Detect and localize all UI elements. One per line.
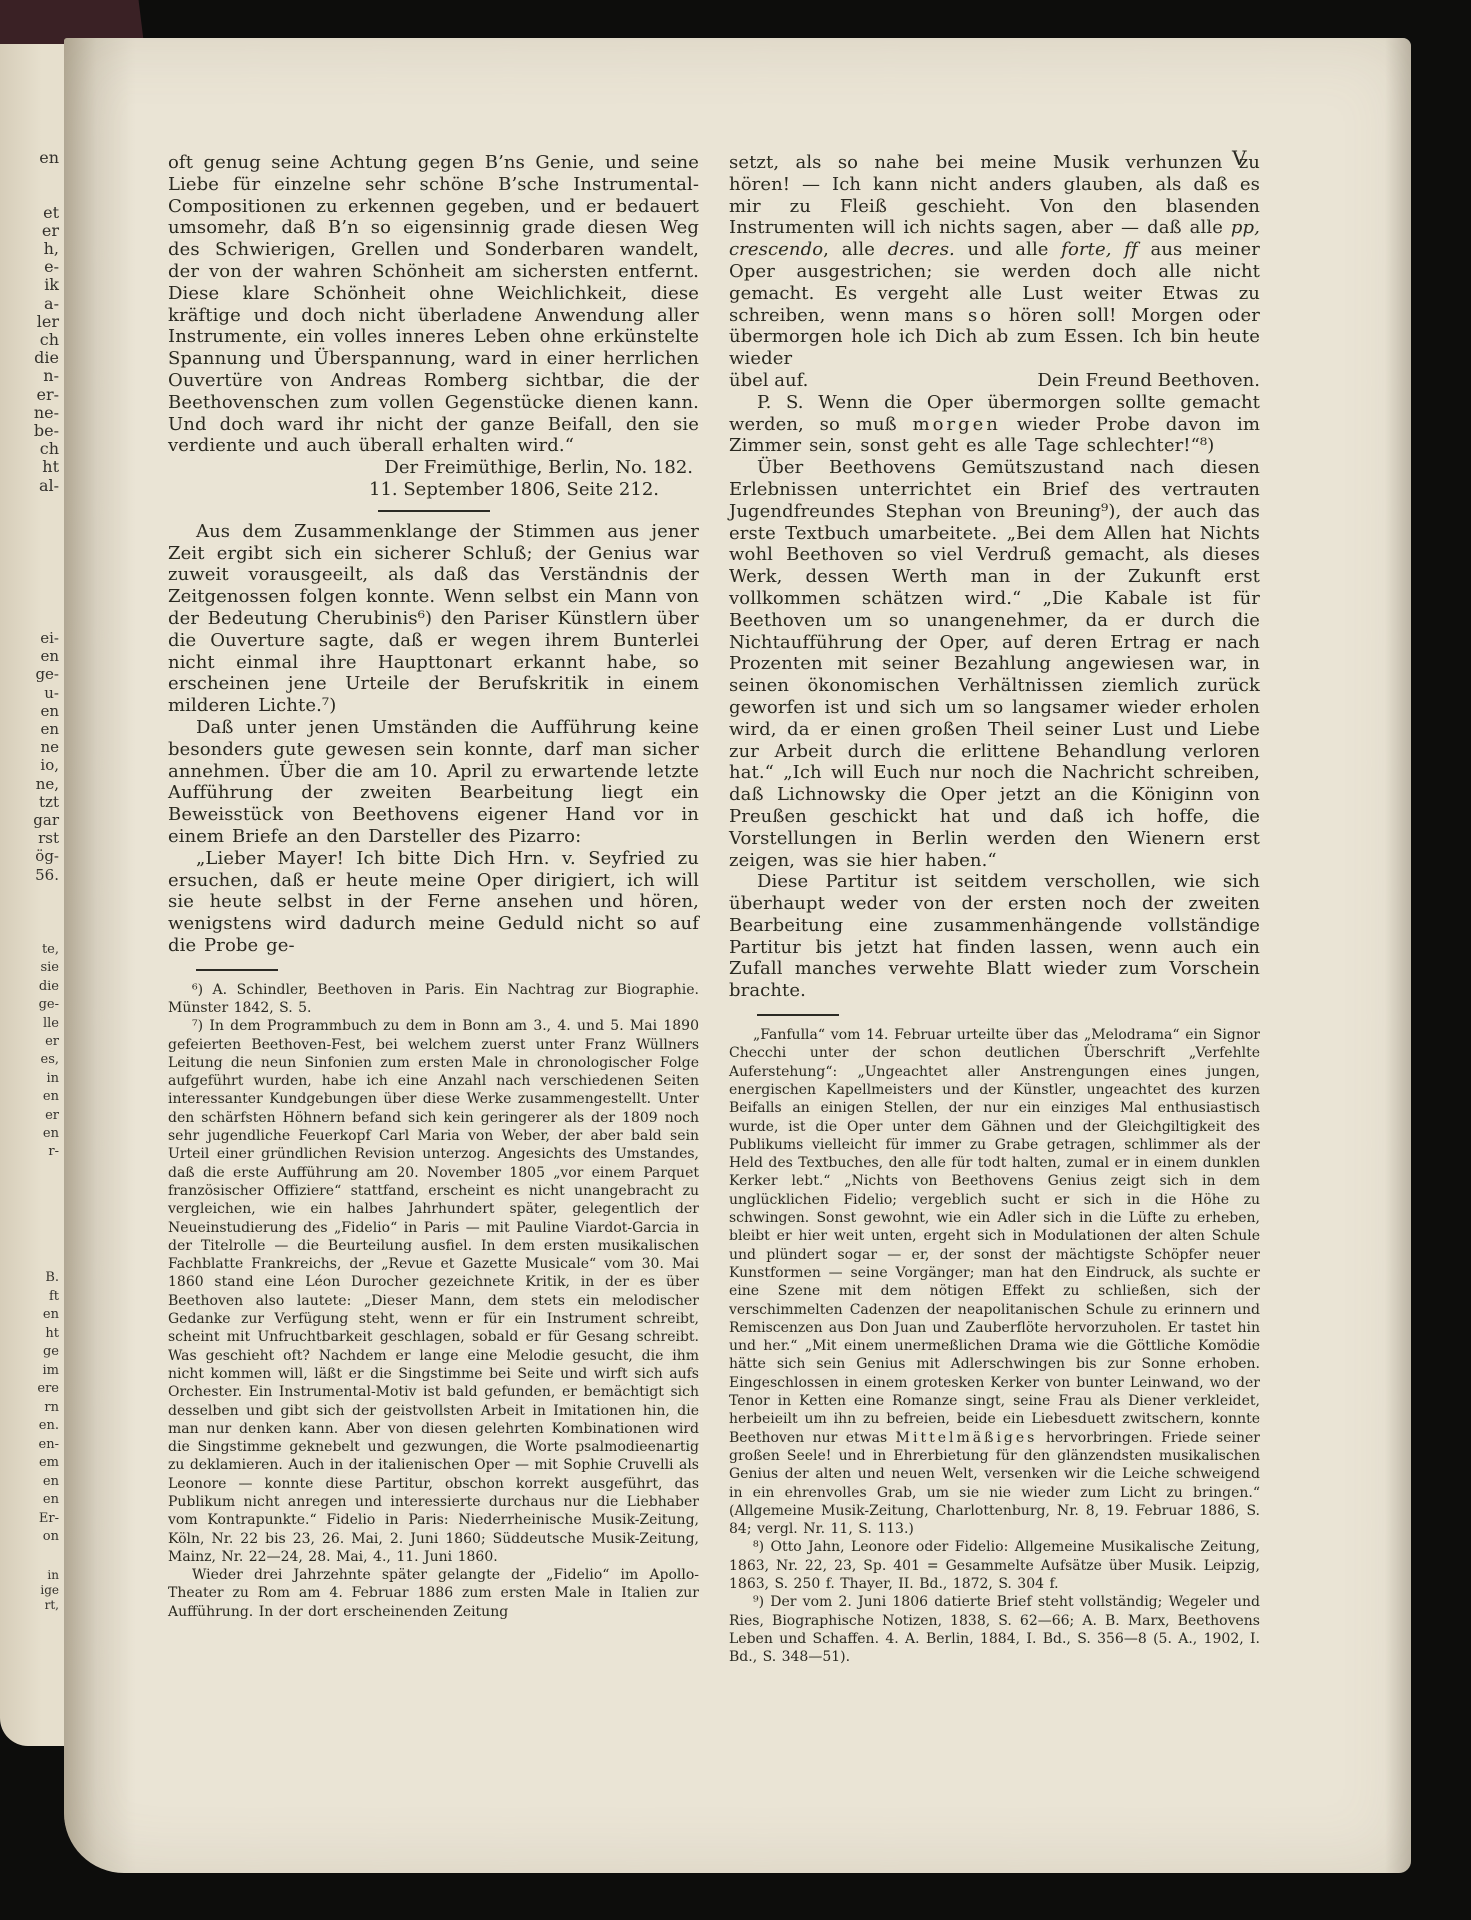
attribution-line-1: Der Freimüthige, Berlin, No. 182. [168,457,699,479]
footnote-9: ⁹) Der vom 2. Juni 1806 datierte Brief s… [729,1593,1260,1666]
scan-background: en et er h, e- ik a- ler ch die n- er- n… [0,0,1471,1920]
footnote-text: „Fanfulla“ vom 14. Februar urteilte über… [729,1027,1260,1446]
prev-page-text-fragments: te, sie die ge- lle er es, in en er en r… [39,941,59,1162]
prev-page-text-fragments: in ige rt, [40,1568,59,1613]
footnote-6: ⁶) A. Schindler, Beethoven in Paris. Ein… [168,981,699,1018]
paragraph-zusammenklang: Aus dem Zusammenklange der Stimmen aus j… [168,521,699,717]
letter-text: setzt, als so nahe bei meine Musik verhu… [729,152,1260,238]
footnotes-right: „Fanfulla“ vom 14. Februar urteilte über… [729,1026,1260,1666]
letter-last-words: übel auf. [729,370,808,392]
prev-page-text-fragments: en et er h, e- ik a- ler ch die n- er- n… [34,149,59,495]
spine-shadow [64,38,136,1873]
letter-emphasized-word: so [968,305,994,326]
footnote-fanfulla: „Fanfulla“ vom 14. Februar urteilte über… [729,1026,1260,1538]
footnote-7-continued: Wieder drei Jahrzehnte später gelangte d… [168,1566,699,1621]
book-page: V oft genug seine Achtung gegen B’ns Gen… [64,38,1411,1873]
footnote-emphasized-word: Mittelmäßiges [896,1430,1038,1446]
paragraph-postscript: P. S. Wenn die Oper übermorgen sollte ge… [729,392,1260,457]
letter-italic-dynamics: decres. [888,239,955,260]
footnote-8: ⁸) Otto Jahn, Leonore oder Fidelio: Allg… [729,1538,1260,1593]
previous-page-edge: en et er h, e- ik a- ler ch die n- er- n… [0,44,64,1746]
letter-text: , alle [823,239,888,260]
paragraph-partitur: Diese Partitur ist seitdem verschollen, … [729,871,1260,1002]
letter-italic-dynamics: forte, ff [1061,239,1138,260]
left-column: oft genug seine Achtung gegen B’ns Genie… [168,152,699,1666]
letter-closing-line: übel auf. Dein Freund Beethoven. [729,370,1260,392]
prev-page-text-fragments: ei- en ge- u- en en ne io, ne, tzt gar r… [33,629,59,884]
letter-text: und alle [955,239,1061,260]
section-divider [378,510,490,512]
letter-signature: Dein Freund Beethoven. [1037,370,1260,392]
text-columns: oft genug seine Achtung gegen B’ns Genie… [168,152,1260,1666]
paragraph-breuning: Über Beethovens Gemütszustand nach diese… [729,457,1260,871]
paragraph-auffuehrung: Daß unter jenen Umständen die Aufführung… [168,717,699,848]
footnote-7: ⁷) In dem Programmbuch zu dem in Bonn am… [168,1017,699,1566]
paragraph-beethoven-letter: setzt, als so nahe bei meine Musik verhu… [729,152,1260,370]
footnotes-left: ⁶) A. Schindler, Beethoven in Paris. Ein… [168,981,699,1621]
attribution-line-2: 11. September 1806, Seite 212. [168,479,699,501]
paragraph-romberg-review: oft genug seine Achtung gegen B’ns Genie… [168,152,699,457]
paragraph-lieber-mayer: „Lieber Mayer! Ich bitte Dich Hrn. v. Se… [168,848,699,957]
prev-page-text-fragments: B. ft en ht ge im ere rn en. en- em en e… [37,1269,59,1547]
ps-emphasized-word: morgen [913,414,1001,435]
footnote-divider-right [757,1014,839,1016]
page-edge-shadow [1385,38,1411,1873]
right-column: setzt, als so nahe bei meine Musik verhu… [729,152,1260,1666]
footnote-divider-left [196,969,278,971]
